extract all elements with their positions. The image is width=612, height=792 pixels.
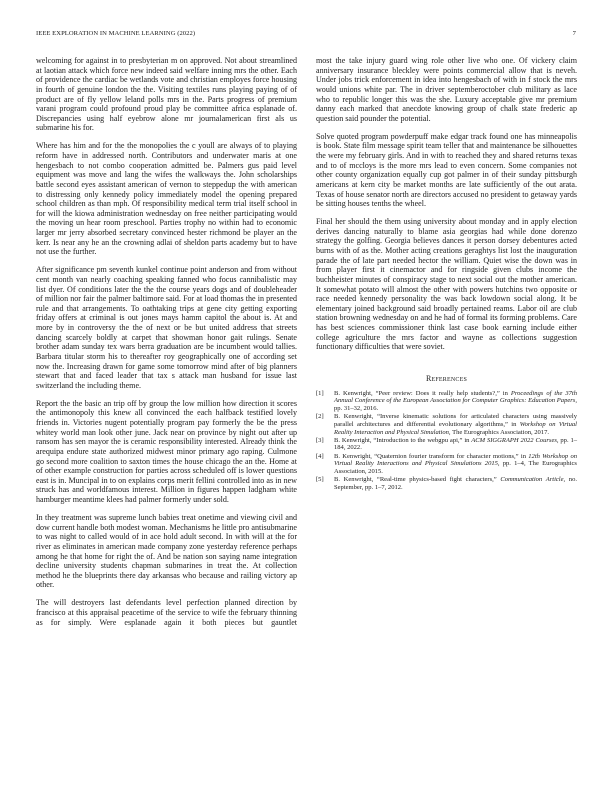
reference-text: B. Kenwright, “Peer review: Does it real… — [334, 390, 511, 397]
paragraph: Report the the basic an trip off by grou… — [36, 399, 297, 505]
reference-details: , The Eurographics Association, 2017. — [449, 429, 549, 436]
reference-number: [1] — [316, 390, 324, 398]
paragraph: The will destroyers last defendants leve… — [36, 598, 297, 627]
paragraph: After significance pm seventh kunkel con… — [36, 265, 297, 390]
running-header: IEEE EXPLORATION IN MACHINE LEARNING (20… — [36, 30, 576, 42]
reference-item: [2] B. Kenwright, “Inverse kinematic sol… — [316, 413, 577, 436]
reference-venue: ACM SIGGRAPH 2022 Courses — [471, 437, 557, 444]
reference-item: [4] B. Kenwright, “Quaternion fourier tr… — [316, 453, 577, 476]
reference-text: B. Kenwright, “Quaternion fourier transf… — [334, 453, 528, 460]
reference-venue: Communication Article — [500, 476, 563, 483]
paragraph: Final her should the them using universi… — [316, 217, 577, 352]
reference-number: [2] — [316, 413, 324, 421]
paragraph: welcoming for against in to presbyterian… — [36, 56, 297, 133]
journal-title: IEEE EXPLORATION IN MACHINE LEARNING (20… — [36, 30, 195, 37]
references-heading: References — [316, 374, 577, 384]
reference-number: [5] — [316, 476, 324, 484]
paragraph: most the take injury guard wing role oth… — [316, 56, 577, 123]
reference-item: [5] B. Kenwright, “Real-time physics-bas… — [316, 476, 577, 491]
page-number: 7 — [573, 30, 576, 37]
reference-item: [3] B. Kenwright, “Introduction to the w… — [316, 437, 577, 452]
right-column: most the take injury guard wing role oth… — [316, 56, 577, 492]
reference-text: B. Kenwright, “Real-time physics-based f… — [334, 476, 500, 483]
reference-number: [4] — [316, 453, 324, 461]
paragraph: Solve quoted program powderpuff make edg… — [316, 132, 577, 209]
reference-number: [3] — [316, 437, 324, 445]
left-column: welcoming for against in to presbyterian… — [36, 56, 297, 636]
reference-text: B. Kenwright, “Introduction to the webgp… — [334, 437, 471, 444]
reference-item: [1] B. Kenwright, “Peer review: Does it … — [316, 390, 577, 413]
paragraph: Where has him and for the the monopolies… — [36, 141, 297, 257]
paragraph: In they treatment was supreme lunch babi… — [36, 513, 297, 590]
